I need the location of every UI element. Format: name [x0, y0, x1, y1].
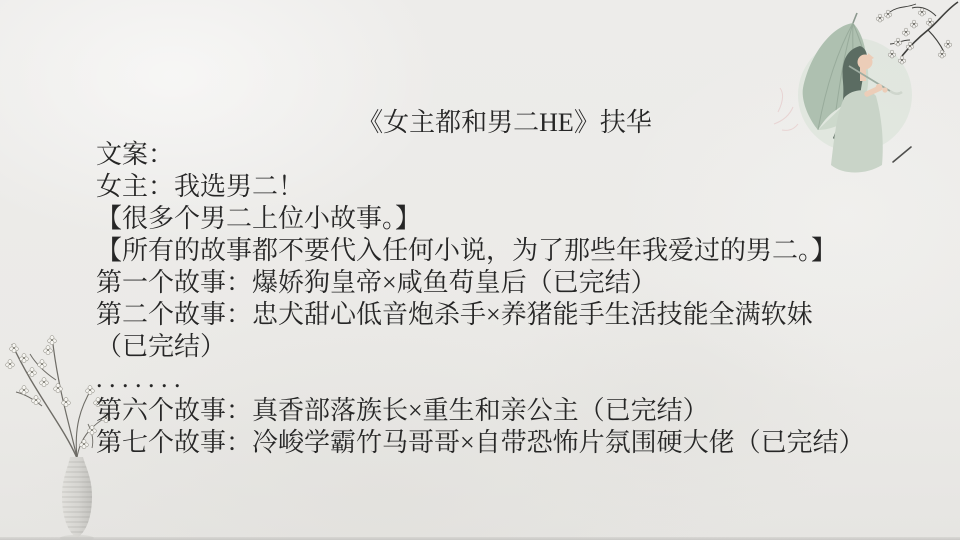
- text-line-ellipsis: . . . . . . .: [96, 363, 913, 395]
- book-title: 《女主都和男二HE》扶华: [96, 107, 913, 139]
- text-line-story-1: 第一个故事：爆娇狗皇帝×咸鱼苟皇后（已完结）: [96, 267, 913, 299]
- text-block: 《女主都和男二HE》扶华 文案： 女主：我选男二！ 【很多个男二上位小故事。】 …: [96, 107, 913, 459]
- blossoms: [876, 8, 952, 64]
- novel-intro-slide: 《女主都和男二HE》扶华 文案： 女主：我选男二！ 【很多个男二上位小故事。】 …: [0, 0, 960, 540]
- text-line-heroine: 女主：我选男二！: [96, 171, 913, 203]
- dry-branches: [12, 336, 108, 458]
- text-line-story-7: 第七个故事：冷峻学霸竹马哥哥×自带恐怖片氛围硬大佬（已完结）: [96, 427, 913, 459]
- text-line-story-6: 第六个故事：真香部落族长×重生和亲公主（已完结）: [96, 395, 913, 427]
- text-line-note-2: 【所有的故事都不要代入任何小说，为了那些年我爱过的男二。】: [96, 235, 913, 267]
- text-line-story-2-cont: （已完结）: [96, 331, 913, 363]
- blossoms: [6, 336, 111, 449]
- vase-ridges: [58, 462, 96, 532]
- text-line-intro-label: 文案：: [96, 139, 913, 171]
- text-line-note-1: 【很多个男二上位小故事。】: [96, 203, 913, 235]
- text-line-story-2: 第二个故事：忠犬甜心低音炮杀手×养猪能手生活技能全满软妹: [96, 299, 913, 331]
- plum-branch-decoration: [858, 0, 960, 80]
